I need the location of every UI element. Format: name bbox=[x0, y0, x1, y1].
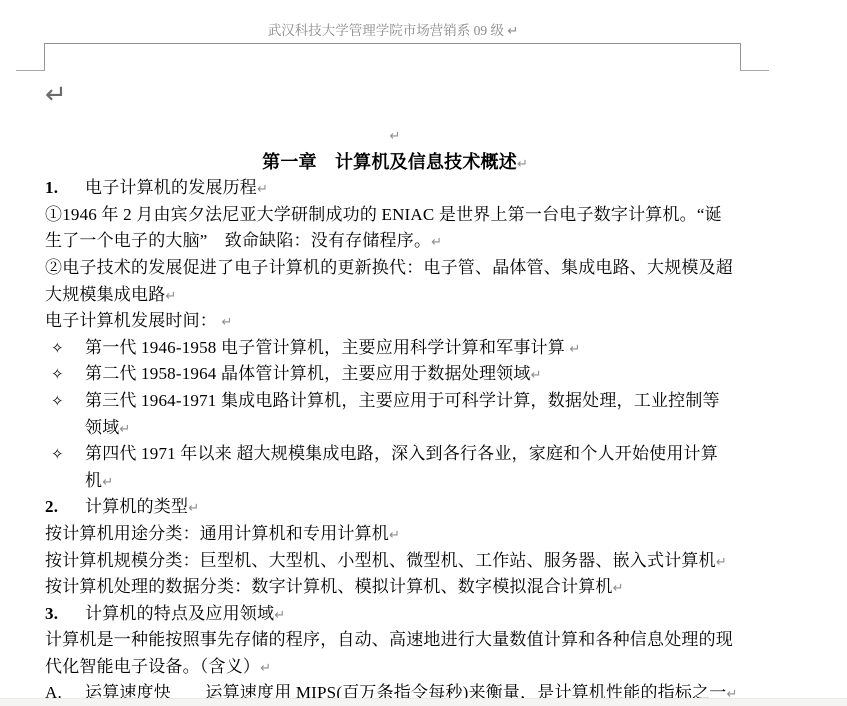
header-boundary-rule bbox=[45, 43, 741, 44]
doc-text: 第二代 1958-1964 晶体管计算机，主要应用于数据处理领域 bbox=[85, 364, 531, 383]
paragraph-mark-icon: ↵ bbox=[389, 528, 400, 543]
doc-text: 按计算机用途分类：通用计算机和专用计算机 bbox=[45, 524, 389, 543]
doc-line: ✧第二代 1958-1964 晶体管计算机，主要应用于数据处理领域↵ bbox=[45, 361, 745, 388]
doc-line: 按计算机用途分类：通用计算机和专用计算机↵ bbox=[45, 521, 745, 548]
paragraph-mark-icon: ↵ bbox=[517, 157, 528, 172]
doc-line: 机↵ bbox=[85, 468, 745, 495]
doc-line: ✧第一代 1946-1958 电子管计算机，主要应用科学计算和军事计算 ↵ bbox=[45, 335, 745, 362]
doc-line: ②电子技术的发展促进了电子计算机的更新换代：电子管、晶体管、集成电路、大规模及超 bbox=[45, 255, 745, 282]
paragraph-mark-icon: ↵ bbox=[716, 555, 727, 570]
doc-line: 1.电子计算机的发展历程↵ bbox=[45, 175, 745, 202]
paragraph-mark-icon: ↵ bbox=[569, 342, 580, 357]
paragraph-mark-icon: ↵ bbox=[119, 422, 130, 437]
bullet-diamond-icon: ✧ bbox=[45, 336, 85, 363]
page-bottom-edge bbox=[0, 698, 847, 706]
paragraph-mark-icon: ↵ bbox=[431, 235, 442, 250]
doc-line: 生了一个电子的大脑” 致命缺陷：没有存储程序。↵ bbox=[45, 228, 745, 255]
doc-text: 第一代 1946-1958 电子管计算机，主要应用科学计算和军事计算 bbox=[85, 338, 569, 357]
doc-text: 电子计算机的发展历程 bbox=[85, 178, 257, 197]
doc-text: 电子计算机发展时间： bbox=[45, 311, 221, 330]
doc-text: 机 bbox=[85, 471, 102, 490]
doc-line: 代化智能电子设备。（含义）↵ bbox=[45, 654, 745, 681]
doc-text: 领域 bbox=[85, 418, 119, 437]
doc-text: 按计算机规模分类：巨型机、大型机、小型机、微型机、工作站、服务器、嵌入式计算机 bbox=[45, 551, 716, 570]
header-corner-mark-right-tick bbox=[740, 70, 769, 71]
doc-text: 计算机是一种能按照事先存储的程序，自动、高速地进行大量数值计算和各种信息处理的现 bbox=[45, 630, 733, 649]
doc-line: 按计算机规模分类：巨型机、大型机、小型机、微型机、工作站、服务器、嵌入式计算机↵ bbox=[45, 548, 745, 575]
doc-title-line: 第一章 计算机及信息技术概述↵ bbox=[45, 149, 745, 176]
doc-line: 3.计算机的特点及应用领域↵ bbox=[45, 601, 745, 628]
document-body[interactable]: ↵第一章 计算机及信息技术概述↵1.电子计算机的发展历程↵①1946 年 2 月… bbox=[45, 122, 745, 706]
doc-text: 第三代 1964-1971 集成电路计算机，主要应用于可科学计算，数据处理，工业… bbox=[85, 391, 720, 410]
list-marker: 2. bbox=[45, 494, 85, 521]
doc-text: 按计算机处理的数据分类：数字计算机、模拟计算机、数字模拟混合计算机 bbox=[45, 577, 613, 596]
paragraph-mark-icon: ↵ bbox=[531, 368, 542, 383]
doc-line: ↵ bbox=[45, 122, 745, 149]
doc-text: ①1946 年 2 月由宾夕法尼亚大学研制成功的 ENIAC 是世界上第一台电子… bbox=[45, 205, 722, 224]
header-corner-mark-left-tick bbox=[16, 70, 45, 71]
doc-text: 计算机的特点及应用领域 bbox=[85, 604, 274, 623]
header-corner-mark-right bbox=[740, 43, 741, 71]
paragraph-mark-icon: ↵ bbox=[613, 581, 624, 596]
header-corner-mark-left bbox=[44, 43, 45, 71]
doc-text: 第一章 计算机及信息技术概述 bbox=[262, 152, 517, 172]
paragraph-mark-icon: ↵ bbox=[102, 475, 113, 490]
paragraph-mark-icon: ↵ bbox=[165, 289, 176, 304]
doc-line: 2.计算机的类型↵ bbox=[45, 494, 745, 521]
doc-line: 按计算机处理的数据分类：数字计算机、模拟计算机、数字模拟混合计算机↵ bbox=[45, 574, 745, 601]
doc-line: 领域↵ bbox=[85, 415, 745, 442]
paragraph-mark-icon: ↵ bbox=[390, 129, 401, 144]
paragraph-mark-icon: ↵ bbox=[260, 661, 271, 676]
doc-line: ①1946 年 2 月由宾夕法尼亚大学研制成功的 ENIAC 是世界上第一台电子… bbox=[45, 202, 745, 229]
paragraph-mark-icon: ↵ bbox=[507, 24, 518, 39]
doc-line: 计算机是一种能按照事先存储的程序，自动、高速地进行大量数值计算和各种信息处理的现 bbox=[45, 627, 745, 654]
bullet-diamond-icon: ✧ bbox=[45, 389, 85, 416]
list-marker: 1. bbox=[45, 175, 85, 202]
doc-text: 大规模集成电路 bbox=[45, 285, 165, 304]
list-marker: 3. bbox=[45, 601, 85, 628]
doc-line: 电子计算机发展时间： ↵ bbox=[45, 308, 745, 335]
bullet-diamond-icon: ✧ bbox=[45, 442, 85, 469]
paragraph-mark-icon: ↵ bbox=[45, 82, 67, 108]
word-document-page: { "header": { "text": "武汉科技大学管理学院市场营销系 0… bbox=[0, 0, 847, 706]
doc-text: 生了一个电子的大脑” 致命缺陷：没有存储程序。 bbox=[45, 231, 431, 250]
doc-text: ②电子技术的发展促进了电子计算机的更新换代：电子管、晶体管、集成电路、大规模及超 bbox=[45, 258, 733, 277]
doc-text: 计算机的类型 bbox=[85, 497, 188, 516]
paragraph-mark-icon: ↵ bbox=[221, 315, 232, 330]
paragraph-mark-icon: ↵ bbox=[274, 608, 285, 623]
paragraph-mark-icon: ↵ bbox=[257, 182, 268, 197]
bullet-diamond-icon: ✧ bbox=[45, 362, 85, 389]
doc-line: ✧第四代 1971 年以来 超大规模集成电路，深入到各行各业，家庭和个人开始使用… bbox=[45, 441, 745, 468]
paragraph-mark-icon: ↵ bbox=[188, 501, 199, 516]
doc-line: ✧第三代 1964-1971 集成电路计算机，主要应用于可科学计算，数据处理，工… bbox=[45, 388, 745, 415]
header-title: 武汉科技大学管理学院市场营销系 09 级 bbox=[268, 23, 508, 38]
page-header-text: 武汉科技大学管理学院市场营销系 09 级 ↵ bbox=[45, 19, 741, 39]
doc-text: 第四代 1971 年以来 超大规模集成电路，深入到各行各业，家庭和个人开始使用计… bbox=[85, 444, 718, 463]
doc-text: 代化智能电子设备。（含义） bbox=[45, 657, 260, 676]
doc-line: 大规模集成电路↵ bbox=[45, 282, 745, 309]
